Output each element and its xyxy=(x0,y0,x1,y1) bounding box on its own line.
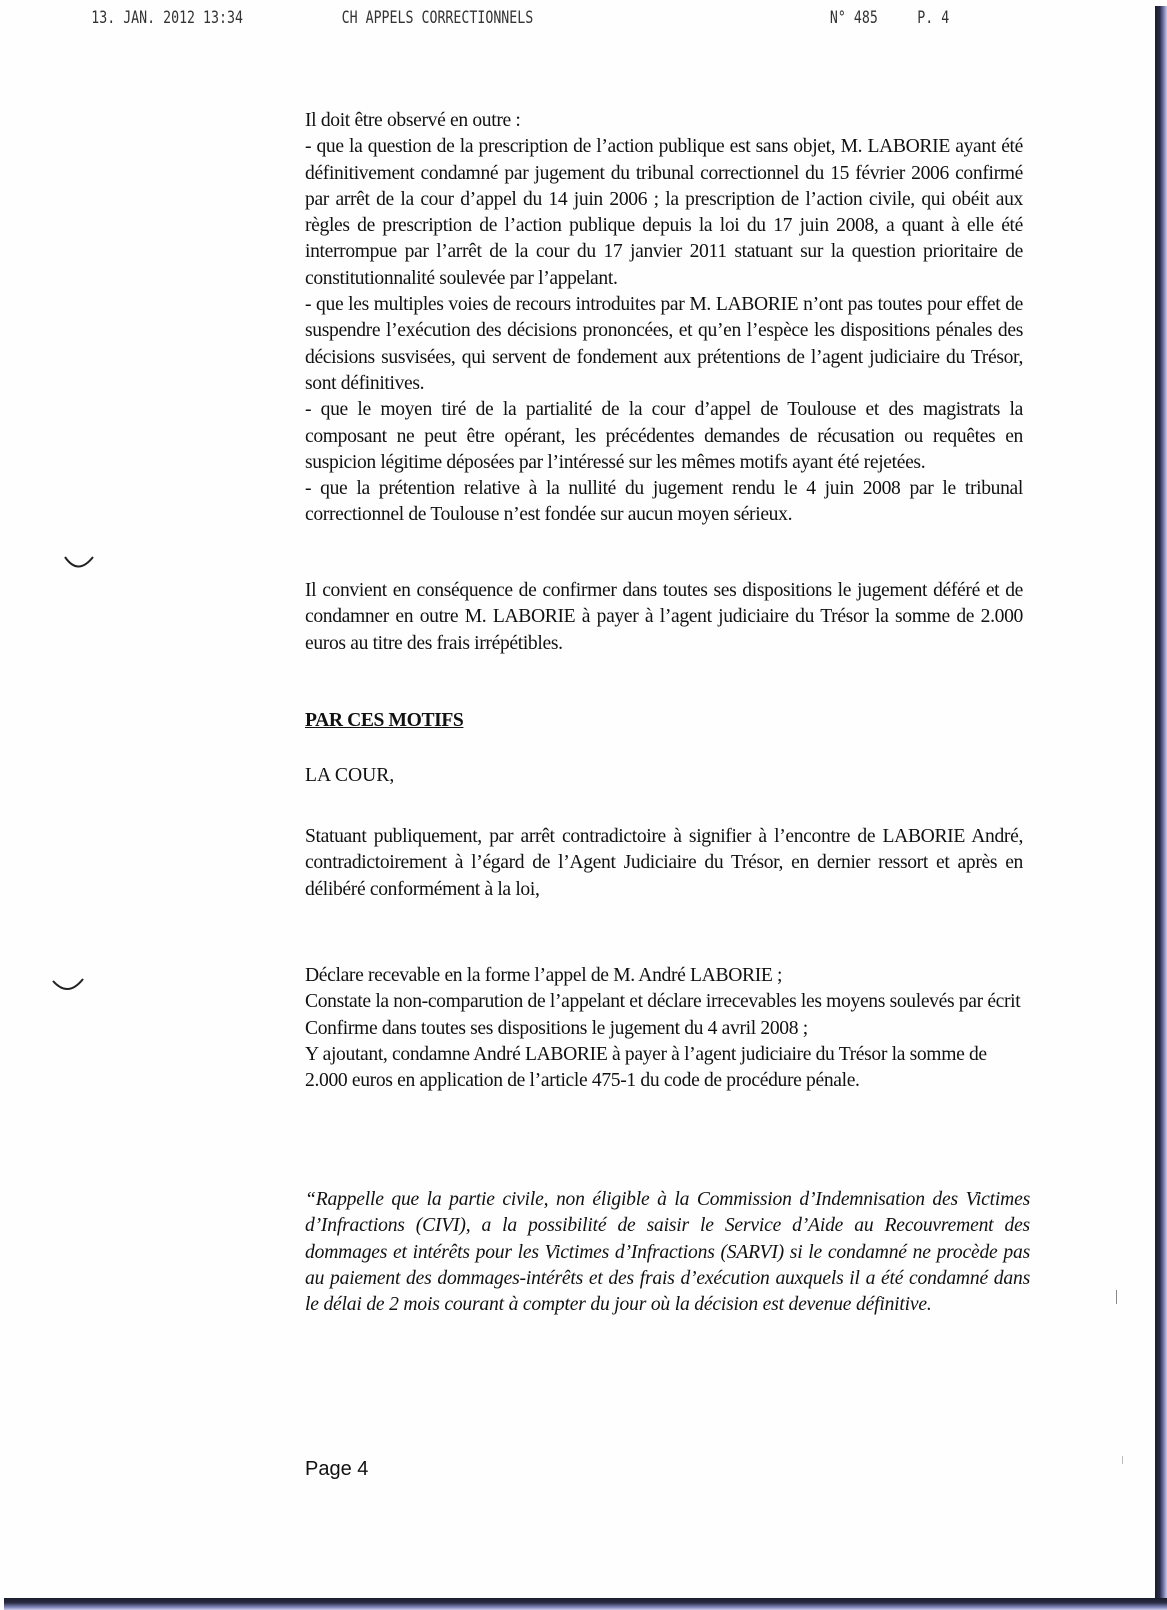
paragraph-partialite: - que le moyen tiré de la partialité de … xyxy=(305,397,1023,476)
page-shadow-right xyxy=(1155,6,1167,1610)
paragraph-nullite: - que la prétention relative à la nullit… xyxy=(305,476,1023,529)
scan-artifact xyxy=(1122,1456,1123,1464)
fax-header: 13. JAN. 2012 13:34 CH APPELS CORRECTION… xyxy=(0,8,901,34)
hole-punch-mark-icon xyxy=(50,976,86,994)
conclusion-block: Il convient en conséquence de confirmer … xyxy=(305,578,1023,657)
paragraph-statuant: Statuant publiquement, par arrêt contrad… xyxy=(305,824,1023,903)
fax-number: N° 485 xyxy=(830,8,878,28)
la-cour-label: LA COUR, xyxy=(305,765,394,787)
page-shadow-bottom xyxy=(4,1598,1167,1610)
dispositif-block: Déclare recevable en la forme l’appel de… xyxy=(305,963,1023,1094)
observations-block: Il doit être observé en outre : - que la… xyxy=(305,108,1023,529)
document-page: 13. JAN. 2012 13:34 CH APPELS CORRECTION… xyxy=(0,0,1155,1598)
paragraph-prescription: - que la question de la prescription de … xyxy=(305,134,1023,292)
section-heading: PAR CES MOTIFS xyxy=(305,710,463,732)
statuant-block: Statuant publiquement, par arrêt contrad… xyxy=(305,824,1023,903)
fax-datetime: 13. JAN. 2012 13:34 xyxy=(91,8,243,28)
paragraph-voies-recours: - que les multiples voies de recours int… xyxy=(305,292,1023,397)
paragraph-conclusion: Il convient en conséquence de confirmer … xyxy=(305,578,1023,657)
paragraph-intro: Il doit être observé en outre : xyxy=(305,108,1023,134)
dispositif-item: Confirme dans toutes ses dispositions le… xyxy=(305,1016,1023,1042)
rappel-paragraph: “Rappelle que la partie civile, non élig… xyxy=(305,1187,1030,1318)
dispositif-item: Constate la non-comparution de l’appelan… xyxy=(305,989,1023,1015)
page-footer: Page 4 xyxy=(305,1458,368,1481)
fax-page: P. 4 xyxy=(917,8,949,28)
dispositif-item: Y ajoutant, condamne André LABORIE à pay… xyxy=(305,1042,1023,1095)
hole-punch-mark-icon xyxy=(62,554,96,572)
scan-artifact xyxy=(1116,1290,1117,1304)
fax-department: CH APPELS CORRECTIONNELS xyxy=(342,8,534,28)
dispositif-item: Déclare recevable en la forme l’appel de… xyxy=(305,963,1023,989)
